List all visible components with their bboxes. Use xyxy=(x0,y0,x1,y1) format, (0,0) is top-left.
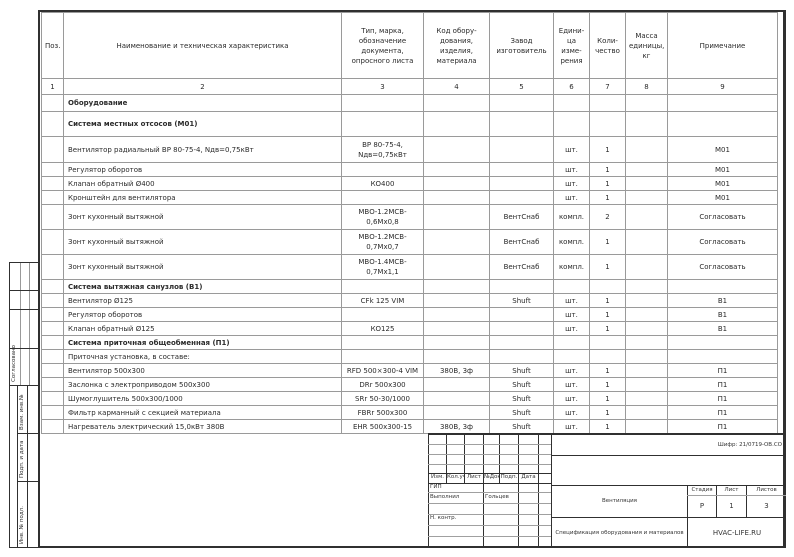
cell-type xyxy=(342,350,424,364)
table-row: Клапан обратный Ø400КО400шт.1М01 xyxy=(42,177,778,191)
table-row: Приточная установка, в составе: xyxy=(42,350,778,364)
cell-unit xyxy=(554,350,590,364)
cell-factory: ВентСнаб xyxy=(490,205,554,230)
cell-name: Заслонка с электроприводом 500х300 xyxy=(64,378,342,392)
sign-date-label: Подп. и дата xyxy=(19,441,25,478)
side-line xyxy=(9,385,38,386)
table-row: Оборудование xyxy=(42,95,778,112)
cell-code xyxy=(424,95,490,112)
cell-unit xyxy=(554,280,590,294)
cell-code xyxy=(424,350,490,364)
cell-pos xyxy=(42,420,64,434)
cell-unit: шт. xyxy=(554,177,590,191)
cell-factory: Shuft xyxy=(490,392,554,406)
cell-pos xyxy=(42,406,64,420)
cell-pos xyxy=(42,350,64,364)
cell-unit: шт. xyxy=(554,406,590,420)
side-line xyxy=(9,262,38,263)
cell-qty xyxy=(590,350,626,364)
cell-qty: 2 xyxy=(590,205,626,230)
cell-code xyxy=(424,336,490,350)
cell-qty: 1 xyxy=(590,191,626,205)
cell-name: Оборудование xyxy=(64,95,342,112)
cell-note: П1 xyxy=(668,392,778,406)
cell-code: 380В, 3ф xyxy=(424,420,490,434)
cell-note xyxy=(668,112,778,137)
cell-factory: ВентСнаб xyxy=(490,230,554,255)
cell-factory xyxy=(490,137,554,163)
cell-note: П1 xyxy=(668,364,778,378)
cell-name: Зонт кухонный вытяжной xyxy=(64,230,342,255)
cell-mass xyxy=(626,137,668,163)
cell-code xyxy=(424,112,490,137)
cell-unit: компл. xyxy=(554,230,590,255)
table-row: Регулятор оборотовшт.1М01 xyxy=(42,163,778,177)
column-number-row: 1 2 3 4 5 6 7 8 9 xyxy=(42,79,778,95)
table-row: Кронштейн для вентиляторашт.1М01 xyxy=(42,191,778,205)
cell-factory xyxy=(490,177,554,191)
cell-pos xyxy=(42,255,64,280)
cell-unit: шт. xyxy=(554,420,590,434)
cell-mass xyxy=(626,177,668,191)
cell-mass xyxy=(626,308,668,322)
cell-note: В1 xyxy=(668,322,778,336)
cell-qty: 1 xyxy=(590,163,626,177)
cell-name: Клапан обратный Ø400 xyxy=(64,177,342,191)
col-number: 8 xyxy=(626,79,668,95)
table-row: Зонт кухонный вытяжнойМВО-1.4МСВ- 0,7Мх1… xyxy=(42,255,778,280)
cell-unit: шт. xyxy=(554,392,590,406)
inv-orig-label: Инв. № подл. xyxy=(19,506,25,544)
cell-qty: 1 xyxy=(590,364,626,378)
cell-mass xyxy=(626,420,668,434)
cell-code xyxy=(424,322,490,336)
cell-pos xyxy=(42,280,64,294)
cell-type xyxy=(342,163,424,177)
side-line xyxy=(9,309,38,310)
sheets-label: Листов xyxy=(747,486,786,495)
col-number: 3 xyxy=(342,79,424,95)
cell-name: Система вытяжная санузлов (В1) xyxy=(64,280,342,294)
company-name: HVAC-LIFE.RU xyxy=(688,518,786,548)
cell-mass xyxy=(626,392,668,406)
cell-pos xyxy=(42,308,64,322)
cell-type xyxy=(342,280,424,294)
document-title: Спецификация оборудования и материалов xyxy=(552,518,687,548)
cell-type: SRr 50-30/1000 xyxy=(342,392,424,406)
cell-name: Фильтр карманный с секцией материала xyxy=(64,406,342,420)
cell-code xyxy=(424,308,490,322)
cell-qty: 1 xyxy=(590,230,626,255)
cell-mass xyxy=(626,191,668,205)
cell-name: Зонт кухонный вытяжной xyxy=(64,205,342,230)
cell-pos xyxy=(42,378,64,392)
cell-note: П1 xyxy=(668,406,778,420)
cell-type: КО125 xyxy=(342,322,424,336)
table-row: Регулятор оборотовшт.1В1 xyxy=(42,308,778,322)
cell-type: МВО-1.2МСВ- 0,6Мх0,8 xyxy=(342,205,424,230)
cell-pos xyxy=(42,95,64,112)
side-line xyxy=(17,481,38,482)
cell-qty xyxy=(590,112,626,137)
cell-name: Приточная установка, в составе: xyxy=(64,350,342,364)
col-number: 4 xyxy=(424,79,490,95)
cell-code xyxy=(424,230,490,255)
cell-mass xyxy=(626,280,668,294)
table-row: Вентилятор 500х300RFD 500×300-4 VIM380В,… xyxy=(42,364,778,378)
cell-code xyxy=(424,406,490,420)
cell-name: Вентилятор 500х300 xyxy=(64,364,342,378)
header-code: Код обору-дования, изделия, материала xyxy=(424,13,490,79)
cell-name: Регулятор оборотов xyxy=(64,163,342,177)
cell-qty: 1 xyxy=(590,137,626,163)
cell-type xyxy=(342,112,424,137)
cell-unit: шт. xyxy=(554,308,590,322)
cell-mass xyxy=(626,294,668,308)
header-unit: Едини-ца изме-рения xyxy=(554,13,590,79)
cell-factory xyxy=(490,350,554,364)
cell-factory: ВентСнаб xyxy=(490,255,554,280)
cell-name: Система местных отсосов (М01) xyxy=(64,112,342,137)
table-row: Зонт кухонный вытяжнойМВО-1.2МСВ- 0,6Мх0… xyxy=(42,205,778,230)
cell-type: RFD 500×300-4 VIM xyxy=(342,364,424,378)
cell-name: Шумоглушитель 500х300/1000 xyxy=(64,392,342,406)
cell-note: В1 xyxy=(668,308,778,322)
cell-qty xyxy=(590,95,626,112)
tb-col-label: Дата xyxy=(519,474,538,483)
table-row: Нагреватель электрический 15,0кВт 380ВEH… xyxy=(42,420,778,434)
cell-pos xyxy=(42,294,64,308)
side-line xyxy=(9,547,38,548)
header-qty: Коли-чество xyxy=(590,13,626,79)
cell-code xyxy=(424,163,490,177)
cell-pos xyxy=(42,205,64,230)
cell-type xyxy=(342,191,424,205)
cell-qty: 1 xyxy=(590,255,626,280)
cell-unit xyxy=(554,112,590,137)
cell-note xyxy=(668,280,778,294)
cell-qty: 1 xyxy=(590,294,626,308)
cell-mass xyxy=(626,112,668,137)
cell-name: Регулятор оборотов xyxy=(64,308,342,322)
cell-name: Клапан обратный Ø125 xyxy=(64,322,342,336)
cell-unit: шт. xyxy=(554,322,590,336)
cell-type: ВР 80-75-4, Nдв=0,75кВт xyxy=(342,137,424,163)
cell-type: EHR 500x300-15 xyxy=(342,420,424,434)
col-number: 7 xyxy=(590,79,626,95)
table-row: Система местных отсосов (М01) xyxy=(42,112,778,137)
cell-factory xyxy=(490,191,554,205)
document-cipher: Шифр: 21/0719-ОВ.СО xyxy=(552,436,782,454)
cell-mass xyxy=(626,95,668,112)
cell-code xyxy=(424,392,490,406)
cell-note: П1 xyxy=(668,420,778,434)
cell-qty: 1 xyxy=(590,420,626,434)
cell-note: М01 xyxy=(668,191,778,205)
table-row: Система приточная общеобменная (П1) xyxy=(42,336,778,350)
role-gip: ГИП xyxy=(430,484,482,493)
cell-qty: 1 xyxy=(590,378,626,392)
cell-unit: шт. xyxy=(554,364,590,378)
cell-factory xyxy=(490,163,554,177)
cell-note: Согласовать xyxy=(668,205,778,230)
cell-mass xyxy=(626,350,668,364)
cell-pos xyxy=(42,177,64,191)
cell-factory: Shuft xyxy=(490,406,554,420)
sheet-label: Лист xyxy=(717,486,746,495)
col-number: 9 xyxy=(668,79,778,95)
cell-mass xyxy=(626,205,668,230)
inv-replace-label: Взам. инв.№ xyxy=(19,394,25,430)
cell-mass xyxy=(626,163,668,177)
side-line xyxy=(17,433,38,434)
cell-code xyxy=(424,137,490,163)
tb-col-label: №Док. xyxy=(484,474,499,483)
cell-unit: шт. xyxy=(554,191,590,205)
cell-pos xyxy=(42,392,64,406)
cell-note: М01 xyxy=(668,163,778,177)
cell-qty xyxy=(590,336,626,350)
header-row: Поз. Наименование и техническая характер… xyxy=(42,13,778,79)
col-number: 6 xyxy=(554,79,590,95)
cell-factory xyxy=(490,308,554,322)
cell-type xyxy=(342,308,424,322)
cell-pos xyxy=(42,322,64,336)
header-mass: Масса единицы, кг xyxy=(626,13,668,79)
cell-factory: Shuft xyxy=(490,378,554,392)
cell-mass xyxy=(626,230,668,255)
cell-type: МВО-1.4МСВ- 0,7Мх1,1 xyxy=(342,255,424,280)
cell-type: DRr 500x300 xyxy=(342,378,424,392)
cell-mass xyxy=(626,406,668,420)
cell-factory xyxy=(490,280,554,294)
cell-type: FBRr 500x300 xyxy=(342,406,424,420)
cell-factory xyxy=(490,95,554,112)
cell-code xyxy=(424,294,490,308)
cell-code xyxy=(424,191,490,205)
cell-unit: шт. xyxy=(554,378,590,392)
cell-code xyxy=(424,255,490,280)
cell-pos xyxy=(42,364,64,378)
cell-mass xyxy=(626,364,668,378)
header-factory: Завод изготовитель xyxy=(490,13,554,79)
cell-code xyxy=(424,177,490,191)
cell-type: КО400 xyxy=(342,177,424,191)
cell-mass xyxy=(626,255,668,280)
cell-code: 380В, 3ф xyxy=(424,364,490,378)
cell-note: В1 xyxy=(668,294,778,308)
side-line xyxy=(9,262,10,548)
cell-type: МВО-1.2МСВ- 0,7Мх0,7 xyxy=(342,230,424,255)
col-number: 2 xyxy=(64,79,342,95)
cell-pos xyxy=(42,191,64,205)
cell-pos xyxy=(42,137,64,163)
table-row: Клапан обратный Ø125КО125шт.1В1 xyxy=(42,322,778,336)
cell-qty: 1 xyxy=(590,406,626,420)
stage-label: Стадия xyxy=(688,486,716,495)
side-line xyxy=(29,262,30,385)
cell-type xyxy=(342,336,424,350)
cell-pos xyxy=(42,112,64,137)
col-number: 5 xyxy=(490,79,554,95)
specification-table: Поз. Наименование и техническая характер… xyxy=(41,12,778,434)
side-line xyxy=(27,385,28,548)
sheet-value: 1 xyxy=(717,496,746,517)
title-block: Изм. Кол.уч Лист №Док. Подп. Дата ГИП Вы… xyxy=(428,433,786,548)
cell-note xyxy=(668,336,778,350)
table-row: Заслонка с электроприводом 500х300DRr 50… xyxy=(42,378,778,392)
cell-unit: компл. xyxy=(554,205,590,230)
cell-name: Вентилятор радиальный ВР 80-75-4, Nдв=0,… xyxy=(64,137,342,163)
section-title: Вентиляция xyxy=(552,486,687,517)
cell-qty: 1 xyxy=(590,177,626,191)
role-norm-control: Н. контр. xyxy=(430,515,482,524)
cell-note xyxy=(668,350,778,364)
cell-factory: Shuft xyxy=(490,364,554,378)
cell-note: Согласовать xyxy=(668,255,778,280)
cell-note xyxy=(668,95,778,112)
tb-col-label: Кол.уч xyxy=(447,474,464,483)
header-type: Тип, марка, обозначение документа, опрос… xyxy=(342,13,424,79)
header-note: Примечание xyxy=(668,13,778,79)
cell-name: Система приточная общеобменная (П1) xyxy=(64,336,342,350)
cell-unit: шт. xyxy=(554,163,590,177)
table-row: Шумоглушитель 500х300/1000SRr 50-30/1000… xyxy=(42,392,778,406)
cell-pos xyxy=(42,336,64,350)
cell-name: Нагреватель электрический 15,0кВт 380В xyxy=(64,420,342,434)
cell-unit: компл. xyxy=(554,255,590,280)
cell-qty xyxy=(590,280,626,294)
tb-col-label: Лист xyxy=(465,474,483,483)
cell-factory xyxy=(490,336,554,350)
cell-unit xyxy=(554,95,590,112)
header-name: Наименование и техническая характеристик… xyxy=(64,13,342,79)
side-line xyxy=(9,290,38,291)
cell-name: Зонт кухонный вытяжной xyxy=(64,255,342,280)
agreed-label: Согласовано xyxy=(11,345,17,382)
cell-qty: 1 xyxy=(590,322,626,336)
cell-code xyxy=(424,280,490,294)
cell-qty: 1 xyxy=(590,392,626,406)
table-row: Система вытяжная санузлов (В1) xyxy=(42,280,778,294)
cell-mass xyxy=(626,378,668,392)
cell-note: М01 xyxy=(668,137,778,163)
cell-code xyxy=(424,378,490,392)
cell-name: Кронштейн для вентилятора xyxy=(64,191,342,205)
cell-qty: 1 xyxy=(590,308,626,322)
header-pos: Поз. xyxy=(42,13,64,79)
cell-factory: Shuft xyxy=(490,420,554,434)
sheets-value: 3 xyxy=(747,496,786,517)
table-row: Вентилятор радиальный ВР 80-75-4, Nдв=0,… xyxy=(42,137,778,163)
performer-name: Гольцев xyxy=(485,494,518,503)
cell-type: CFk 125 VIM xyxy=(342,294,424,308)
table-row: Вентилятор Ø125CFk 125 VIMShuftшт.1В1 xyxy=(42,294,778,308)
cell-name: Вентилятор Ø125 xyxy=(64,294,342,308)
tb-col-label: Подп. xyxy=(500,474,518,483)
cell-mass xyxy=(626,322,668,336)
cell-pos xyxy=(42,163,64,177)
cell-unit: шт. xyxy=(554,137,590,163)
cell-note: П1 xyxy=(668,378,778,392)
cell-code xyxy=(424,205,490,230)
cell-factory xyxy=(490,322,554,336)
cell-factory xyxy=(490,112,554,137)
cell-note: М01 xyxy=(668,177,778,191)
side-line xyxy=(20,262,21,385)
cell-unit: шт. xyxy=(554,294,590,308)
stage-value: Р xyxy=(688,496,716,517)
role-performer: Выполнил xyxy=(430,494,482,503)
cell-unit xyxy=(554,336,590,350)
tb-col-label: Изм. xyxy=(429,474,446,483)
table-row: Зонт кухонный вытяжнойМВО-1.2МСВ- 0,7Мх0… xyxy=(42,230,778,255)
cell-note: Согласовать xyxy=(668,230,778,255)
col-number: 1 xyxy=(42,79,64,95)
side-line xyxy=(17,385,18,548)
cell-pos xyxy=(42,230,64,255)
cell-mass xyxy=(626,336,668,350)
table-row: Фильтр карманный с секцией материалаFBRr… xyxy=(42,406,778,420)
cell-type xyxy=(342,95,424,112)
cell-factory: Shuft xyxy=(490,294,554,308)
